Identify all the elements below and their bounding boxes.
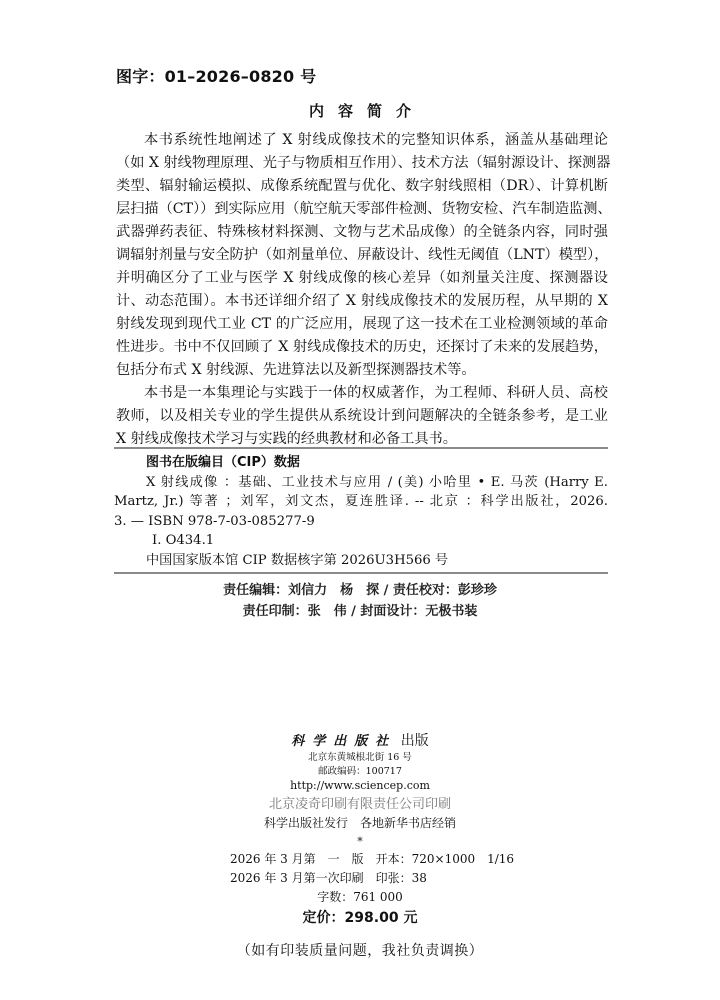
price: 定价：298.00 元 [0, 907, 720, 929]
publisher-suffix: 出版 [401, 733, 429, 749]
summary-line: 性进步。书中不仅回顾了 X 射线成像技术的历史，还探讨了未来的发展趋势， [116, 336, 608, 359]
summary-line: 本书系统性地阐述了 X 射线成像技术的完整知识体系，涵盖从基础理论 [116, 129, 608, 152]
cip-bottom-divider [114, 572, 608, 574]
publisher-address: 北京东黄城根北街 16 号 [0, 751, 720, 765]
registration-number: 图字：01–2026–0820 号 [116, 64, 316, 87]
printing-line: 2026 年 3 月第一次印刷 印张：38 [230, 869, 720, 888]
editorial-credits: 责任编辑：刘信力 杨 探 / 责任校对：彭珍珍 责任印制：张 伟 / 封面设计：… [0, 580, 720, 622]
colophon: 科学出版社 出版 北京东黄城根北街 16 号 邮政编码：100717 http:… [0, 732, 720, 961]
summary-line: 类型、辐射输运模拟、成像系统配置与优化、数字射线照相（DR）、计算机断 [116, 175, 608, 198]
edition-line: 2026 年 3 月第 一 版 开本：720×1000 1/16 [230, 850, 720, 869]
cip-classification: Ⅰ. O434.1 [114, 531, 608, 551]
summary-line: 武器弹药表征、特殊核材料探测、文物与艺术品成像）的全链条内容，同时强 [116, 221, 608, 244]
cip-title: 图书在版编目（CIP）数据 [114, 453, 608, 473]
publisher-line: 科学出版社 出版 [0, 732, 720, 751]
printer-line: 北京凌奇印刷有限责任公司印刷 [0, 795, 720, 814]
publisher-postcode: 邮政编码：100717 [0, 765, 720, 779]
word-count: 字数：761 000 [0, 888, 720, 907]
summary-body: 本书系统性地阐述了 X 射线成像技术的完整知识体系，涵盖从基础理论 （如 X 射… [116, 129, 608, 451]
summary-title: 内容简介 [0, 100, 720, 121]
summary-line: （如 X 射线物理原理、光子与物质相互作用）、技术方法（辐射源设计、探测器 [116, 152, 608, 175]
summary-paragraph-2: 本书是一本集理论与实践于一体的权威著作，为工程师、科研人员、高校 教师，以及相关… [116, 382, 608, 451]
cip-line: Martz, Jr.) 等著 ；刘军，刘文杰，夏连胜译. -- 北京 ：科学出版… [114, 492, 608, 512]
credits-line-1: 责任编辑：刘信力 杨 探 / 责任校对：彭珍珍 [0, 580, 720, 601]
publisher-url: http://www.sciencep.com [0, 779, 720, 793]
credits-line-2: 责任印制：张 伟 / 封面设计：无极书装 [0, 601, 720, 622]
summary-line: 并明确区分了工业与医学 X 射线成像的核心差异（如剂量关注度、探测器设 [116, 267, 608, 290]
summary-line: 调辐射剂量与安全防护（如剂量单位、屏蔽设计、线性无阈值（LNT）模型）， [116, 244, 608, 267]
cip-verification-number: 中国国家版本馆 CIP 数据核字第 2026U3H566 号 [114, 551, 608, 571]
cip-line: 3. — ISBN 978-7-03-085277-9 [114, 512, 608, 532]
cip-line: X 射线成像 ：基础、工业技术与应用 / (美) 小哈里 • E. 马茨 (Ha… [114, 473, 608, 493]
publisher-logo: 科学出版社 [291, 734, 396, 749]
summary-paragraph-1: 本书系统性地阐述了 X 射线成像技术的完整知识体系，涵盖从基础理论 （如 X 射… [116, 129, 608, 382]
quality-notice: （如有印装质量问题，我社负责调换） [0, 941, 720, 961]
separator-star: * [0, 834, 720, 850]
cip-block: 图书在版编目（CIP）数据 X 射线成像 ：基础、工业技术与应用 / (美) 小… [114, 453, 608, 570]
summary-line: 包括分布式 X 射线源、先进算法以及新型探测器技术等。 [116, 359, 608, 382]
summary-line: 教师，以及相关专业的学生提供从系统设计到问题解决的全链条参考，是工业 [116, 405, 608, 428]
cip-top-divider [114, 447, 608, 449]
copyright-page: 图字：01–2026–0820 号 内容简介 本书系统性地阐述了 X 射线成像技… [0, 0, 720, 1000]
distributor-line: 科学出版社发行 各地新华书店经销 [0, 814, 720, 832]
summary-line: 本书是一本集理论与实践于一体的权威著作，为工程师、科研人员、高校 [116, 382, 608, 405]
summary-line: 计、动态范围）。本书还详细介绍了 X 射线成像技术的发展历程，从早期的 X [116, 290, 608, 313]
summary-line: 层扫描（CT））到实际应用（航空航天零部件检测、货物安检、汽车制造监测、 [116, 198, 608, 221]
summary-line: 射线发现到现代工业 CT 的广泛应用，展现了这一技术在工业检测领域的革命 [116, 313, 608, 336]
